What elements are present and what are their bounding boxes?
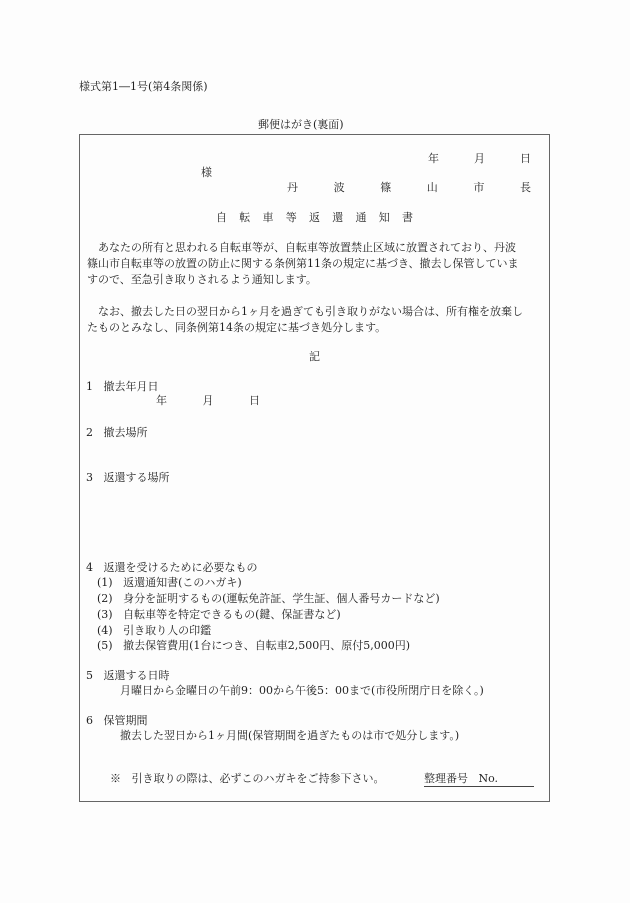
item-2: 2 撤去場所 <box>86 426 148 440</box>
item-6: 6 保管期間 <box>86 714 148 728</box>
item-3: 3 返還する場所 <box>86 471 170 485</box>
addressee-suffix: 様 <box>201 166 212 180</box>
para1-line: すので、至急引き取りされるよう通知します。 <box>87 273 317 287</box>
item-1: 1 撤去年月日 <box>86 380 159 394</box>
item-4-sub: (4) 引き取り人の印鑑 <box>97 624 211 638</box>
postcard-box <box>79 134 550 802</box>
para2-line: なお、撤去した日の翌日から1ヶ月を過ぎても引き取りがない場合は、所有権を放棄し <box>98 305 523 319</box>
document-title: 自転車等返還通知書 <box>216 211 413 225</box>
item-4: 4 返還を受けるために必要なもの <box>86 561 258 575</box>
item-5: 5 返還する日時 <box>86 669 170 683</box>
sender: 丹 波 篠 山 市 長 <box>287 181 531 195</box>
item-4-sub: (1) 返還通知書(このハガキ) <box>97 576 242 590</box>
ki-label: 記 <box>309 350 320 364</box>
item-4-sub: (2) 身分を証明するもの(運転免許証、学生証、個人番号カードなど) <box>97 592 440 606</box>
item-6-detail: 撤去した翌日から1ヶ月間(保管期間を過ぎたものは市で処分します。) <box>120 729 459 743</box>
item-5-detail: 月曜日から金曜日の午前9：00から午後5：00まで(市役所閉庁日を除く。) <box>120 684 484 698</box>
item-1-date: 年月日 <box>156 394 260 408</box>
date-line: 年 月 日 <box>428 152 531 166</box>
postcard-label: 郵便はがき(裏面) <box>258 118 344 132</box>
form-label: 様式第1―1号(第4条関係) <box>79 80 208 94</box>
reference-number-field: 整理番号 No. <box>424 772 534 787</box>
item-4-sub: (3) 自転車等を特定できるもの(鍵、保証書など) <box>97 608 341 622</box>
item-4-sub: (5) 撤去保管費用(1台につき、自転車2,500円、原付5,000円) <box>97 639 410 653</box>
para1-line: 篠山市自転車等の放置の防止に関する条例第11条の規定に基づき、撤去し保管していま <box>87 257 519 271</box>
para2-line: たものとみなし、同条例第14条の規定に基づき処分します。 <box>87 321 386 335</box>
footer-note: ※ 引き取りの際は、必ずこのハガキをご持参下さい。 <box>110 772 385 786</box>
para1-line: あなたの所有と思われる自転車等が、自転車等放置禁止区域に放置されており、丹波 <box>98 241 516 255</box>
